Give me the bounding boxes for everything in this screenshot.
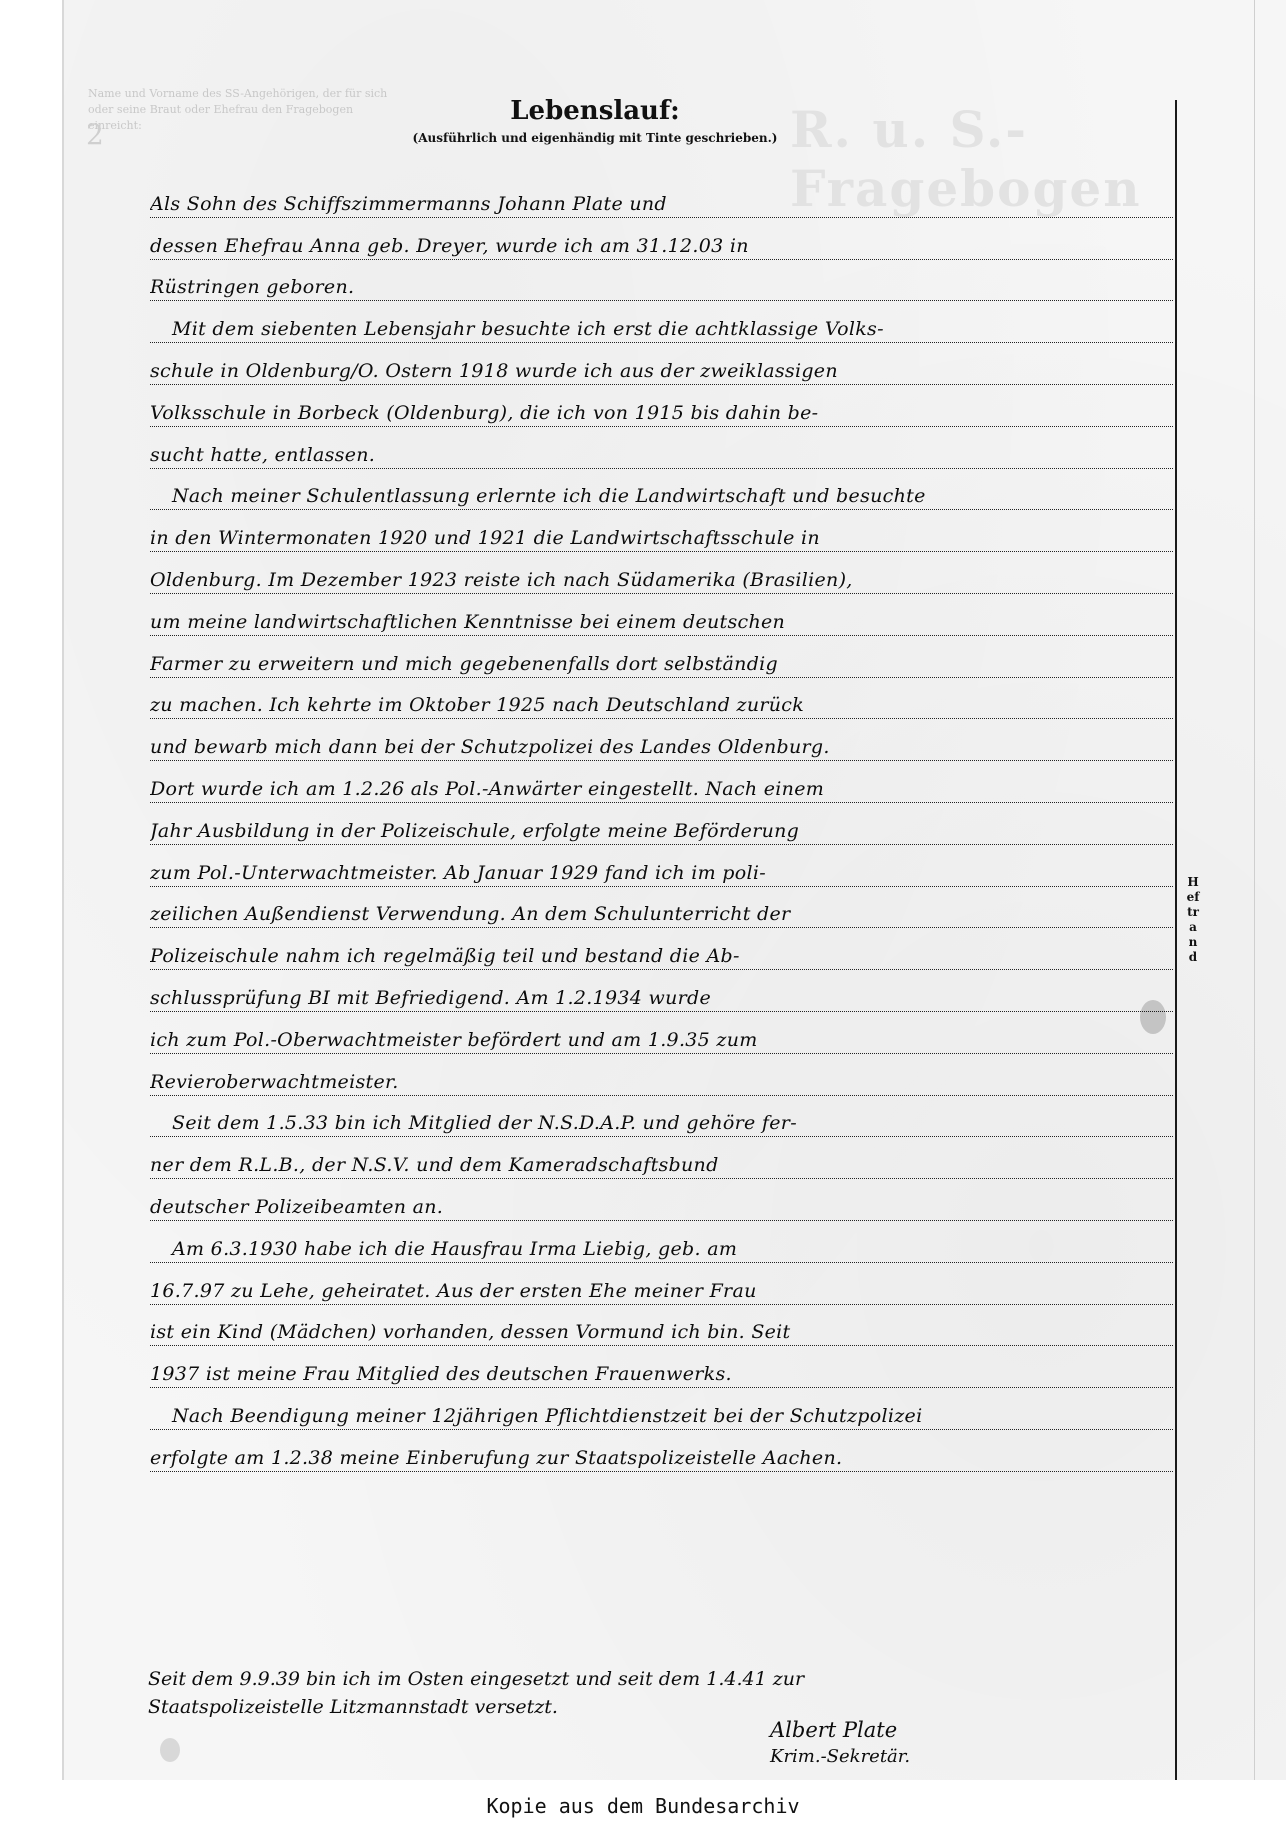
handwritten-text: Mit dem siebenten Lebensjahr besuchte ic…	[150, 318, 1173, 340]
ruled-line: zum Pol.-Unterwachtmeister. Ab Januar 19…	[150, 845, 1173, 887]
handwritten-text: 16.7.97 zu Lehe, geheiratet. Aus der ers…	[150, 1280, 1173, 1302]
archive-caption: Kopie aus dem Bundesarchiv	[0, 1794, 1286, 1818]
ruled-line: um meine landwirtschaftlichen Kenntnisse…	[150, 594, 1173, 636]
ruled-line: dessen Ehefrau Anna geb. Dreyer, wurde i…	[150, 218, 1173, 260]
document-subtitle: (Ausführlich und eigenhändig mit Tinte g…	[0, 131, 1190, 145]
handwritten-text: zu machen. Ich kehrte im Oktober 1925 na…	[150, 694, 1173, 716]
ruled-line: und bewarb mich dann bei der Schutzpoliz…	[150, 719, 1173, 761]
handwritten-text: Farmer zu erweitern und mich gegebenenfa…	[150, 653, 1173, 675]
ruled-line: zu machen. Ich kehrte im Oktober 1925 na…	[150, 678, 1173, 720]
margin-label: Heftrand	[1186, 875, 1200, 965]
handwritten-text: zeilichen Außendienst Verwendung. An dem…	[150, 903, 1173, 925]
ruled-line: deutscher Polizeibeamten an.	[150, 1179, 1173, 1221]
handwritten-text: dessen Ehefrau Anna geb. Dreyer, wurde i…	[150, 235, 1173, 257]
ink-smudge	[160, 1738, 180, 1762]
ruled-line: Rüstringen geboren.	[150, 260, 1173, 302]
handwritten-text: ich zum Pol.-Oberwachtmeister befördert …	[150, 1029, 1173, 1051]
ruled-line: Nach meiner Schulentlassung erlernte ich…	[150, 469, 1173, 511]
page-left-edge	[62, 0, 64, 1780]
ruled-line: Nach Beendigung meiner 12jährigen Pflich…	[150, 1388, 1173, 1430]
ruled-line: Oldenburg. Im Dezember 1923 reiste ich n…	[150, 552, 1173, 594]
handwritten-text: Dort wurde ich am 1.2.26 als Pol.-Anwärt…	[150, 778, 1173, 800]
ruled-line: in den Wintermonaten 1920 und 1921 die L…	[150, 510, 1173, 552]
handwritten-text: in den Wintermonaten 1920 und 1921 die L…	[150, 527, 1173, 549]
margin-rule	[1175, 100, 1177, 1780]
handwritten-text: ist ein Kind (Mädchen) vorhanden, dessen…	[150, 1321, 1173, 1343]
handwritten-text: Nach Beendigung meiner 12jährigen Pflich…	[150, 1405, 1173, 1427]
handwritten-text: erfolgte am 1.2.38 meine Einberufung zur…	[150, 1447, 1173, 1469]
handwritten-text: schlussprüfung BI mit Befriedigend. Am 1…	[150, 987, 1173, 1009]
ruled-line: Dort wurde ich am 1.2.26 als Pol.-Anwärt…	[150, 761, 1173, 803]
ruled-line: Revieroberwachtmeister.	[150, 1054, 1173, 1096]
page-right-edge	[1254, 0, 1255, 1780]
ruled-line: Seit dem 1.5.33 bin ich Mitglied der N.S…	[150, 1096, 1173, 1138]
ruled-line: Mit dem siebenten Lebensjahr besuchte ic…	[150, 301, 1173, 343]
handwritten-text: Am 6.3.1930 habe ich die Hausfrau Irma L…	[150, 1238, 1173, 1260]
ruled-line: Polizeischule nahm ich regelmäßig teil u…	[150, 928, 1173, 970]
handwritten-text: Als Sohn des Schiffszimmermanns Johann P…	[150, 193, 1173, 215]
handwritten-text: sucht hatte, entlassen.	[150, 444, 1173, 466]
unruled-line-1: Seit dem 9.9.39 bin ich im Osten eingese…	[148, 1668, 1188, 1690]
document-title: Lebenslauf:	[0, 96, 1190, 126]
handwritten-text: Volksschule in Borbeck (Oldenburg), die …	[150, 402, 1173, 424]
handwritten-text: schule in Oldenburg/O. Ostern 1918 wurde…	[150, 360, 1173, 382]
ruled-line: erfolgte am 1.2.38 meine Einberufung zur…	[150, 1430, 1173, 1472]
ruled-line: schule in Oldenburg/O. Ostern 1918 wurde…	[150, 343, 1173, 385]
ruled-line: ich zum Pol.-Oberwachtmeister befördert …	[150, 1012, 1173, 1054]
handwritten-text: deutscher Polizeibeamten an.	[150, 1196, 1173, 1218]
ruled-line: zeilichen Außendienst Verwendung. An dem…	[150, 887, 1173, 929]
unruled-line-2: Staatspolizeistelle Litzmannstadt verset…	[148, 1696, 1188, 1718]
handwritten-text: um meine landwirtschaftlichen Kenntnisse…	[150, 611, 1173, 633]
ruled-line: 16.7.97 zu Lehe, geheiratet. Aus der ers…	[150, 1263, 1173, 1305]
handwritten-text: Jahr Ausbildung in der Polizeischule, er…	[150, 820, 1173, 842]
ruled-line: Volksschule in Borbeck (Oldenburg), die …	[150, 385, 1173, 427]
handwritten-text: und bewarb mich dann bei der Schutzpoliz…	[150, 736, 1173, 758]
ink-smudge	[1140, 1000, 1166, 1034]
handwritten-text: Nach meiner Schulentlassung erlernte ich…	[150, 485, 1173, 507]
ruled-line: Farmer zu erweitern und mich gegebenenfa…	[150, 636, 1173, 678]
ruled-line: sucht hatte, entlassen.	[150, 427, 1173, 469]
handwritten-text: ner dem R.L.B., der N.S.V. und dem Kamer…	[150, 1154, 1173, 1176]
ruled-line: Als Sohn des Schiffszimmermanns Johann P…	[150, 176, 1173, 218]
ruled-line: ner dem R.L.B., der N.S.V. und dem Kamer…	[150, 1137, 1173, 1179]
handwritten-body: Als Sohn des Schiffszimmermanns Johann P…	[150, 176, 1173, 1472]
ruled-line: schlussprüfung BI mit Befriedigend. Am 1…	[150, 970, 1173, 1012]
signature-title: Krim.-Sekretär.	[770, 1746, 910, 1767]
handwritten-text: 1937 ist meine Frau Mitglied des deutsch…	[150, 1363, 1173, 1385]
handwritten-text: Oldenburg. Im Dezember 1923 reiste ich n…	[150, 569, 1173, 591]
handwritten-text: Polizeischule nahm ich regelmäßig teil u…	[150, 945, 1173, 967]
ruled-line: 1937 ist meine Frau Mitglied des deutsch…	[150, 1346, 1173, 1388]
ruled-line: ist ein Kind (Mädchen) vorhanden, dessen…	[150, 1305, 1173, 1347]
handwritten-text: Seit dem 1.5.33 bin ich Mitglied der N.S…	[150, 1112, 1173, 1134]
handwritten-text: Revieroberwachtmeister.	[150, 1071, 1173, 1093]
handwritten-text: zum Pol.-Unterwachtmeister. Ab Januar 19…	[150, 862, 1173, 884]
signature-name: Albert Plate	[770, 1718, 897, 1742]
ruled-line: Jahr Ausbildung in der Polizeischule, er…	[150, 803, 1173, 845]
ruled-line: Am 6.3.1930 habe ich die Hausfrau Irma L…	[150, 1221, 1173, 1263]
handwritten-text: Rüstringen geboren.	[150, 276, 1173, 298]
